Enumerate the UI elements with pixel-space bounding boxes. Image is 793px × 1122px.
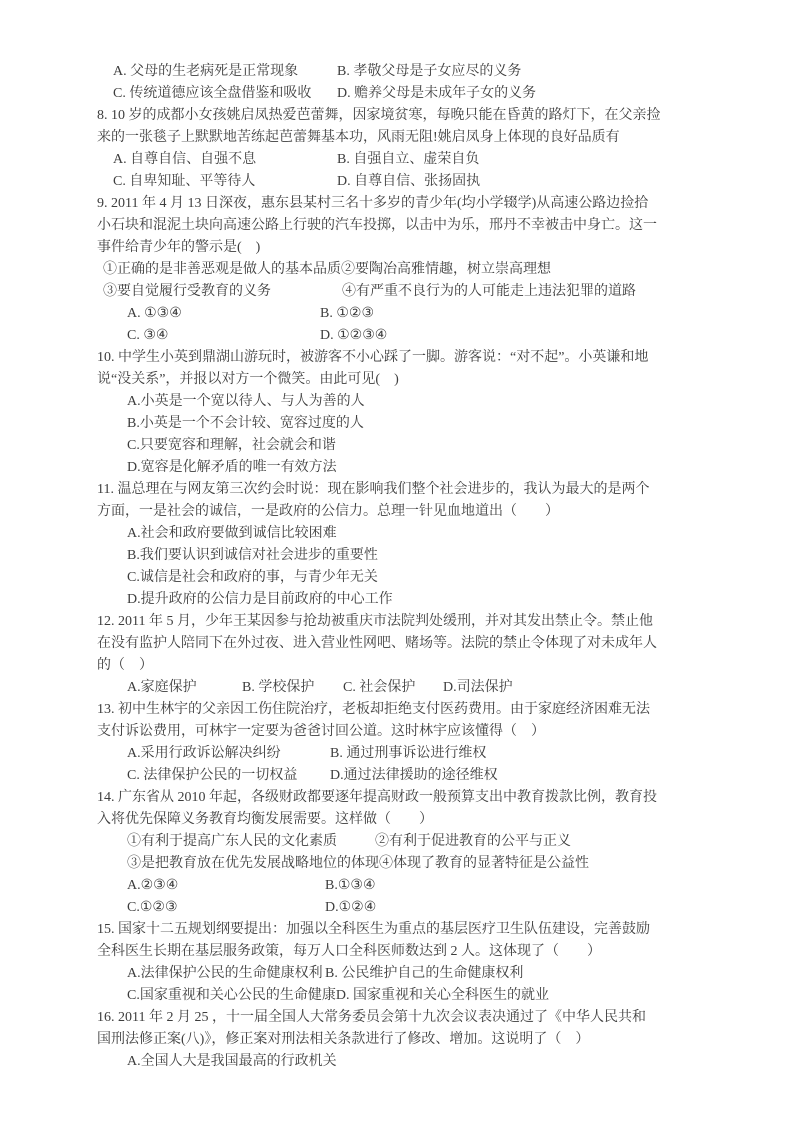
statement-3: ③要自觉履行受教育的义务 (103, 281, 342, 303)
statement-1: ①有利于提高广东人民的文化素质 (127, 831, 375, 853)
statement-line: ③要自觉履行受教育的义务④有严重不良行为的人可能走上违法犯罪的道路 (97, 281, 737, 303)
option-line: A. 父母的生老病死是正常现象B. 孝敬父母是子女应尽的义务 (97, 61, 737, 83)
question-line: 全科医生长期在基层服务政策，每万人口全科医师数达到 2 人。这体现了（ ） (97, 941, 737, 963)
question-line: 9. 2011 年 4 月 13 日深夜，惠东县某村三名十多岁的青少年(均小学辍… (97, 193, 737, 215)
option-line: A.社会和政府要做到诚信比较困难 (97, 523, 737, 545)
option-a: A.小英是一个宽以待人、与人为善的人 (127, 391, 365, 413)
option-line: C.只要宽容和理解，社会就会和谐 (97, 435, 737, 457)
option-c: C.①②③ (127, 897, 325, 919)
question-stem: 支付诉讼费用，可林宇一定要为爸爸讨回公道。这时林宇应该懂得（ ） (97, 721, 545, 743)
option-c: C.国家重视和关心公民的生命健康 (127, 985, 336, 1007)
option-c: C. ③④ (127, 325, 320, 347)
option-d: D.①②④ (325, 897, 376, 919)
statement-2: ②有利于促进教育的公平与正义 (375, 831, 571, 853)
option-b: B.小英是一个不会计较、宽容过度的人 (127, 413, 364, 435)
option-b: B. 公民维护自己的生命健康权利 (325, 963, 523, 985)
option-c: C. 社会保护 (343, 677, 443, 699)
option-line: D.提升政府的公信力是目前政府的中心工作 (97, 589, 737, 611)
question-stem: 说“没关系”，并报以对方一个微笑。由此可见( ) (97, 369, 399, 391)
option-line: B.我们要认识到诚信对社会进步的重要性 (97, 545, 737, 567)
option-a: A.②③④ (127, 875, 325, 897)
option-line: C.①②③D.①②④ (97, 897, 737, 919)
option-line: C. 法律保护公民的一切权益D.通过法律援助的途径维权 (97, 765, 737, 787)
option-d: D. 国家重视和关心全科医生的就业 (336, 985, 549, 1007)
question-line: 事件给青少年的警示是( ) (97, 237, 737, 259)
option-a: A.全国人大是我国最高的行政机关 (127, 1051, 337, 1073)
exam-page: A. 父母的生老病死是正常现象B. 孝敬父母是子女应尽的义务 C. 传统道德应该… (0, 0, 793, 1122)
option-line: A.②③④B.①③④ (97, 875, 737, 897)
question-stem: 12. 2011 年 5 月，少年王某因参与抢劫被重庆市法院判处缓刑，并对其发出… (97, 611, 653, 633)
option-line: A.小英是一个宽以待人、与人为善的人 (97, 391, 737, 413)
exam-text-block: A. 父母的生老病死是正常现象B. 孝敬父母是子女应尽的义务 C. 传统道德应该… (97, 61, 737, 1073)
option-line: C. 传统道德应该全盘借鉴和吸收D. 赡养父母是未成年子女的义务 (97, 83, 737, 105)
question-line: 12. 2011 年 5 月，少年王某因参与抢劫被重庆市法院判处缓刑，并对其发出… (97, 611, 737, 633)
question-line: 14. 广东省从 2010 年起，各级财政都要逐年提高财政一般预算支出中教育拨款… (97, 787, 737, 809)
question-stem: 8. 10 岁的成都小女孩姚启凤热爱芭蕾舞，因家境贫寒，每晚只能在昏黄的路灯下，… (97, 105, 661, 127)
question-line: 支付诉讼费用，可林宇一定要为爸爸讨回公道。这时林宇应该懂得（ ） (97, 721, 737, 743)
statement-line: ③是把教育放在优先发展战略地位的体现④体现了教育的显著特征是公益性 (97, 853, 737, 875)
question-stem: 事件给青少年的警示是( ) (97, 237, 260, 259)
question-stem: 的（ ） (97, 655, 153, 677)
question-line: 入将优先保障义务教育均衡发展需要。这样做（ ） (97, 809, 737, 831)
question-stem: 小石块和混泥土块向高速公路上行驶的汽车投掷，以击中为乐，邢丹不幸被击中身亡。这一 (97, 215, 657, 237)
question-stem: 14. 广东省从 2010 年起，各级财政都要逐年提高财政一般预算支出中教育拨款… (97, 787, 657, 809)
question-stem: 15. 国家十二五规划纲要提出：加强以全科医生为重点的基层医疗卫生队伍建设，完善… (97, 919, 650, 941)
statement-2: ②要陶冶高雅情趣，树立崇高理想 (341, 259, 551, 281)
option-line: C. 自卑知耻、平等待人D. 自尊自信、张扬固执 (97, 171, 737, 193)
question-line: 13. 初中生林宇的父亲因工伤住院治疗，老板却拒绝支付医药费用。由于家庭经济困难… (97, 699, 737, 721)
question-stem: 在没有监护人陪同下在外过夜、进入营业性网吧、赌场等。法院的禁止令体现了对未成年人 (97, 633, 657, 655)
question-line: 的（ ） (97, 655, 737, 677)
statement-4: ④体现了教育的显著特征是公益性 (379, 853, 589, 875)
option-a: A.采用行政诉讼解决纠纷 (127, 743, 330, 765)
option-b: B. 学校保护 (242, 677, 343, 699)
option-a: A. ①③④ (127, 303, 320, 325)
question-stem: 方面，一是社会的诚信，一是政府的公信力。总理一针见血地道出（ ） (97, 501, 559, 523)
option-line: C. ③④D. ①②③④ (97, 325, 737, 347)
statement-3: ③是把教育放在优先发展战略地位的体现 (127, 853, 379, 875)
statement-1: ①正确的是非善恶观是做人的基本品质 (103, 259, 341, 281)
question-line: 10. 中学生小英到鼎湖山游玩时，被游客不小心踩了一脚。游客说：“对不起”。小英… (97, 347, 737, 369)
option-line: C.诚信是社会和政府的事，与青少年无关 (97, 567, 737, 589)
question-line: 小石块和混泥土块向高速公路上行驶的汽车投掷，以击中为乐，邢丹不幸被击中身亡。这一 (97, 215, 737, 237)
option-line: A.法律保护公民的生命健康权利B. 公民维护自己的生命健康权利 (97, 963, 737, 985)
option-c: C. 自卑知耻、平等待人 (113, 171, 337, 193)
option-a: A. 父母的生老病死是正常现象 (113, 61, 337, 83)
option-b: B. ①②③ (320, 303, 374, 325)
option-c: C.诚信是社会和政府的事，与青少年无关 (127, 567, 378, 589)
option-b: B.我们要认识到诚信对社会进步的重要性 (127, 545, 378, 567)
option-c: C. 法律保护公民的一切权益 (127, 765, 330, 787)
question-line: 8. 10 岁的成都小女孩姚启凤热爱芭蕾舞，因家境贫寒，每晚只能在昏黄的路灯下，… (97, 105, 737, 127)
option-d: D.提升政府的公信力是目前政府的中心工作 (127, 589, 393, 611)
option-line: A. ①③④B. ①②③ (97, 303, 737, 325)
option-d: D.通过法律援助的途径维权 (330, 765, 498, 787)
question-stem: 全科医生长期在基层服务政策，每万人口全科医师数达到 2 人。这体现了（ ） (97, 941, 601, 963)
question-line: 11. 温总理在与网友第三次约会时说：现在影响我们整个社会进步的，我认为最大的是… (97, 479, 737, 501)
option-d: D.宽容是化解矛盾的唯一有效方法 (127, 457, 337, 479)
option-b: B. 通过刑事诉讼进行维权 (330, 743, 486, 765)
statement-line: ①有利于提高广东人民的文化素质②有利于促进教育的公平与正义 (97, 831, 737, 853)
option-line: D.宽容是化解矛盾的唯一有效方法 (97, 457, 737, 479)
option-c: C. 传统道德应该全盘借鉴和吸收 (113, 83, 337, 105)
question-stem: 9. 2011 年 4 月 13 日深夜，惠东县某村三名十多岁的青少年(均小学辍… (97, 193, 648, 215)
statement-4: ④有严重不良行为的人可能走上违法犯罪的道路 (342, 281, 636, 303)
question-stem: 16. 2011 年 2 月 25 ，十一届全国人大常务委员会第十九次会议表决通… (97, 1007, 646, 1029)
option-d: D. ①②③④ (320, 325, 387, 347)
question-stem: 国刑法修正案(八)》，修正案对刑法相关条款进行了修改、增加。这说明了（ ） (97, 1029, 589, 1051)
option-d: D.司法保护 (443, 677, 513, 699)
question-line: 国刑法修正案(八)》，修正案对刑法相关条款进行了修改、增加。这说明了（ ） (97, 1029, 737, 1051)
option-line: A. 自尊自信、自强不息B. 自强自立、虚荣自负 (97, 149, 737, 171)
question-stem: 入将优先保障义务教育均衡发展需要。这样做（ ） (97, 809, 433, 831)
option-line: A.全国人大是我国最高的行政机关 (97, 1051, 737, 1073)
option-b: B. 自强自立、虚荣自负 (337, 149, 479, 171)
option-d: D. 赡养父母是未成年子女的义务 (337, 83, 536, 105)
question-line: 来的一张毯子上默默地苦练起芭蕾舞基本功，风雨无阻!姚启凤身上体现的良好品质有 (97, 127, 737, 149)
statement-line: ①正确的是非善恶观是做人的基本品质②要陶冶高雅情趣，树立崇高理想 (97, 259, 737, 281)
option-a: A.家庭保护 (127, 677, 242, 699)
question-stem: 10. 中学生小英到鼎湖山游玩时，被游客不小心踩了一脚。游客说：“对不起”。小英… (97, 347, 648, 369)
option-line: B.小英是一个不会计较、宽容过度的人 (97, 413, 737, 435)
question-line: 15. 国家十二五规划纲要提出：加强以全科医生为重点的基层医疗卫生队伍建设，完善… (97, 919, 737, 941)
option-c: C.只要宽容和理解，社会就会和谐 (127, 435, 336, 457)
option-line: A.家庭保护B. 学校保护C. 社会保护D.司法保护 (97, 677, 737, 699)
option-a: A.社会和政府要做到诚信比较困难 (127, 523, 337, 545)
option-b: B. 孝敬父母是子女应尽的义务 (337, 61, 521, 83)
option-a: A.法律保护公民的生命健康权利 (127, 963, 325, 985)
option-line: A.采用行政诉讼解决纠纷B. 通过刑事诉讼进行维权 (97, 743, 737, 765)
question-stem: 11. 温总理在与网友第三次约会时说：现在影响我们整个社会进步的，我认为最大的是… (97, 479, 649, 501)
question-line: 16. 2011 年 2 月 25 ，十一届全国人大常务委员会第十九次会议表决通… (97, 1007, 737, 1029)
option-b: B.①③④ (325, 875, 376, 897)
question-stem: 来的一张毯子上默默地苦练起芭蕾舞基本功，风雨无阻!姚启凤身上体现的良好品质有 (97, 127, 620, 149)
option-a: A. 自尊自信、自强不息 (113, 149, 337, 171)
option-d: D. 自尊自信、张扬固执 (337, 171, 480, 193)
question-line: 说“没关系”，并报以对方一个微笑。由此可见( ) (97, 369, 737, 391)
question-line: 方面，一是社会的诚信，一是政府的公信力。总理一针见血地道出（ ） (97, 501, 737, 523)
option-line: C.国家重视和关心公民的生命健康D. 国家重视和关心全科医生的就业 (97, 985, 737, 1007)
question-line: 在没有监护人陪同下在外过夜、进入营业性网吧、赌场等。法院的禁止令体现了对未成年人 (97, 633, 737, 655)
question-stem: 13. 初中生林宇的父亲因工伤住院治疗，老板却拒绝支付医药费用。由于家庭经济困难… (97, 699, 650, 721)
